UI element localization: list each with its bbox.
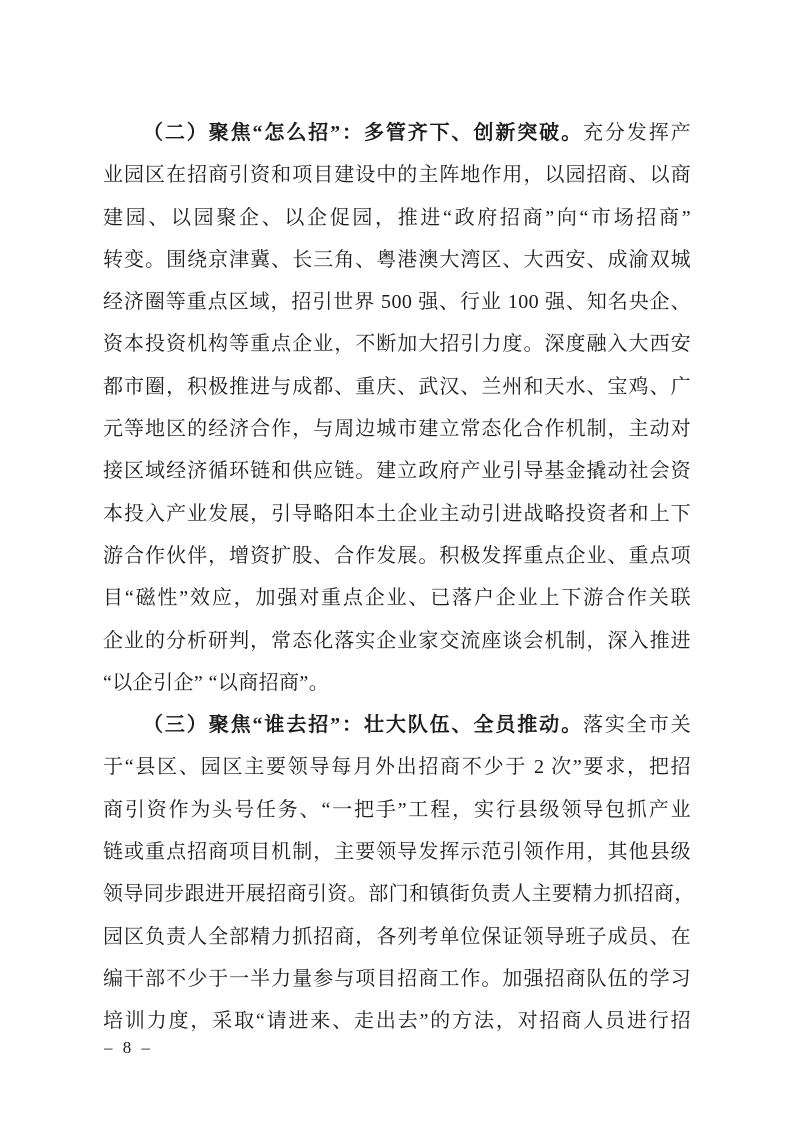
text-line: 领导同步跟进开展招商引资。部门和镇街负责人主要精力抓招商， xyxy=(103,873,691,915)
paragraph-heading-text: （三）聚焦“谁去招”：壮大队伍、全员推动。 xyxy=(143,714,583,736)
text-line: 都市圈，积极推进与成都、重庆、武汉、兰州和天水、宝鸡、广 xyxy=(103,366,691,408)
paragraph-body-text: 转变。围绕京津冀、长三角、粤港澳大湾区、大西安、成渝双城 xyxy=(103,249,691,271)
document-body: （二）聚焦“怎么招”：多管齐下、创新突破。充分发挥产业园区在招商引资和项目建设中… xyxy=(103,112,691,1043)
text-line: 游合作伙伴，增资扩股、合作发展。积极发挥重点企业、重点项 xyxy=(103,535,691,577)
paragraph-body-text: 园区负责人全部精力抓招商，各列考单位保证领导班子成员、在 xyxy=(103,926,691,948)
paragraph-body-text: 培训力度，采取“请进来、走出去”的方法，对招商人员进行招 xyxy=(103,1010,691,1032)
paragraph-body-text: 落实全市关 xyxy=(583,714,691,736)
paragraph-body-text: 资本投资机构等重点企业，不断加大招引力度。深度融入大西安 xyxy=(103,333,691,355)
paragraph-body-text: 领导同步跟进开展招商引资。部门和镇街负责人主要精力抓招商， xyxy=(103,883,691,905)
paragraph-heading-text: （二）聚焦“怎么招”：多管齐下、创新突破。 xyxy=(143,122,583,144)
text-line: 业园区在招商引资和项目建设中的主阵地作用，以园招商、以商 xyxy=(103,154,691,196)
paragraph-body-text: 游合作伙伴，增资扩股、合作发展。积极发挥重点企业、重点项 xyxy=(103,545,691,567)
text-line: 企业的分析研判，常态化落实企业家交流座谈会机制，深入推进 xyxy=(103,620,691,662)
paragraph-body-text: 本投入产业发展，引导略阳本土企业主动引进战略投资者和上下 xyxy=(103,503,691,525)
text-line: “以企引企” “以商招商”。 xyxy=(103,662,691,704)
text-line: 资本投资机构等重点企业，不断加大招引力度。深度融入大西安 xyxy=(103,323,691,365)
text-line: 编干部不少于一半力量参与项目招商工作。加强招商队伍的学习 xyxy=(103,958,691,1000)
paragraph-body-text: 企业的分析研判，常态化落实企业家交流座谈会机制，深入推进 xyxy=(103,630,691,652)
text-line: 转变。围绕京津冀、长三角、粤港澳大湾区、大西安、成渝双城 xyxy=(103,239,691,281)
text-line: 培训力度，采取“请进来、走出去”的方法，对招商人员进行招 xyxy=(103,1000,691,1042)
text-line: 建园、以园聚企、以企促园，推进“政府招商”向“市场招商” xyxy=(103,197,691,239)
document-page: （二）聚焦“怎么招”：多管齐下、创新突破。充分发挥产业园区在招商引资和项目建设中… xyxy=(0,0,793,1122)
text-line: 园区负责人全部精力抓招商，各列考单位保证领导班子成员、在 xyxy=(103,916,691,958)
text-line: （三）聚焦“谁去招”：壮大队伍、全员推动。落实全市关 xyxy=(103,704,691,746)
paragraph-body-text: 目“磁性”效应，加强对重点企业、已落户企业上下游合作关联 xyxy=(103,587,691,609)
text-line: 于“县区、园区主要领导每月外出招商不少于 2 次”要求，把招 xyxy=(103,746,691,788)
paragraph-body-text: “以企引企” “以商招商”。 xyxy=(103,672,329,694)
text-line: 链或重点招商项目机制，主要领导发挥示范引领作用，其他县级 xyxy=(103,831,691,873)
page-number: – 8 – xyxy=(104,1036,153,1060)
paragraph-body-text: 于“县区、园区主要领导每月外出招商不少于 2 次”要求，把招 xyxy=(103,756,691,778)
paragraph-body-text: 接区域经济循环链和供应链。建立政府产业引导基金撬动社会资 xyxy=(103,460,691,482)
paragraph-body-text: 元等地区的经济合作，与周边城市建立常态化合作机制，主动对 xyxy=(103,418,691,440)
text-line: 接区域经济循环链和供应链。建立政府产业引导基金撬动社会资 xyxy=(103,450,691,492)
text-line: 元等地区的经济合作，与周边城市建立常态化合作机制，主动对 xyxy=(103,408,691,450)
paragraph-body-text: 建园、以园聚企、以企促园，推进“政府招商”向“市场招商” xyxy=(103,207,691,229)
text-line: （二）聚焦“怎么招”：多管齐下、创新突破。充分发挥产 xyxy=(103,112,691,154)
text-line: 本投入产业发展，引导略阳本土企业主动引进战略投资者和上下 xyxy=(103,493,691,535)
paragraph-body-text: 业园区在招商引资和项目建设中的主阵地作用，以园招商、以商 xyxy=(103,164,691,186)
paragraph-body-text: 商引资作为头号任务、“一把手”工程，实行县级领导包抓产业 xyxy=(103,799,691,821)
text-line: 商引资作为头号任务、“一把手”工程，实行县级领导包抓产业 xyxy=(103,789,691,831)
paragraph-body-text: 经济圈等重点区域，招引世界 500 强、行业 100 强、知名央企、 xyxy=(103,291,691,313)
text-line: 经济圈等重点区域，招引世界 500 强、行业 100 强、知名央企、 xyxy=(103,281,691,323)
paragraph-body-text: 充分发挥产 xyxy=(583,122,691,144)
paragraph-body-text: 编干部不少于一半力量参与项目招商工作。加强招商队伍的学习 xyxy=(103,968,691,990)
text-line: 目“磁性”效应，加强对重点企业、已落户企业上下游合作关联 xyxy=(103,577,691,619)
paragraph-body-text: 链或重点招商项目机制，主要领导发挥示范引领作用，其他县级 xyxy=(103,841,691,863)
paragraph-body-text: 都市圈，积极推进与成都、重庆、武汉、兰州和天水、宝鸡、广 xyxy=(103,376,691,398)
